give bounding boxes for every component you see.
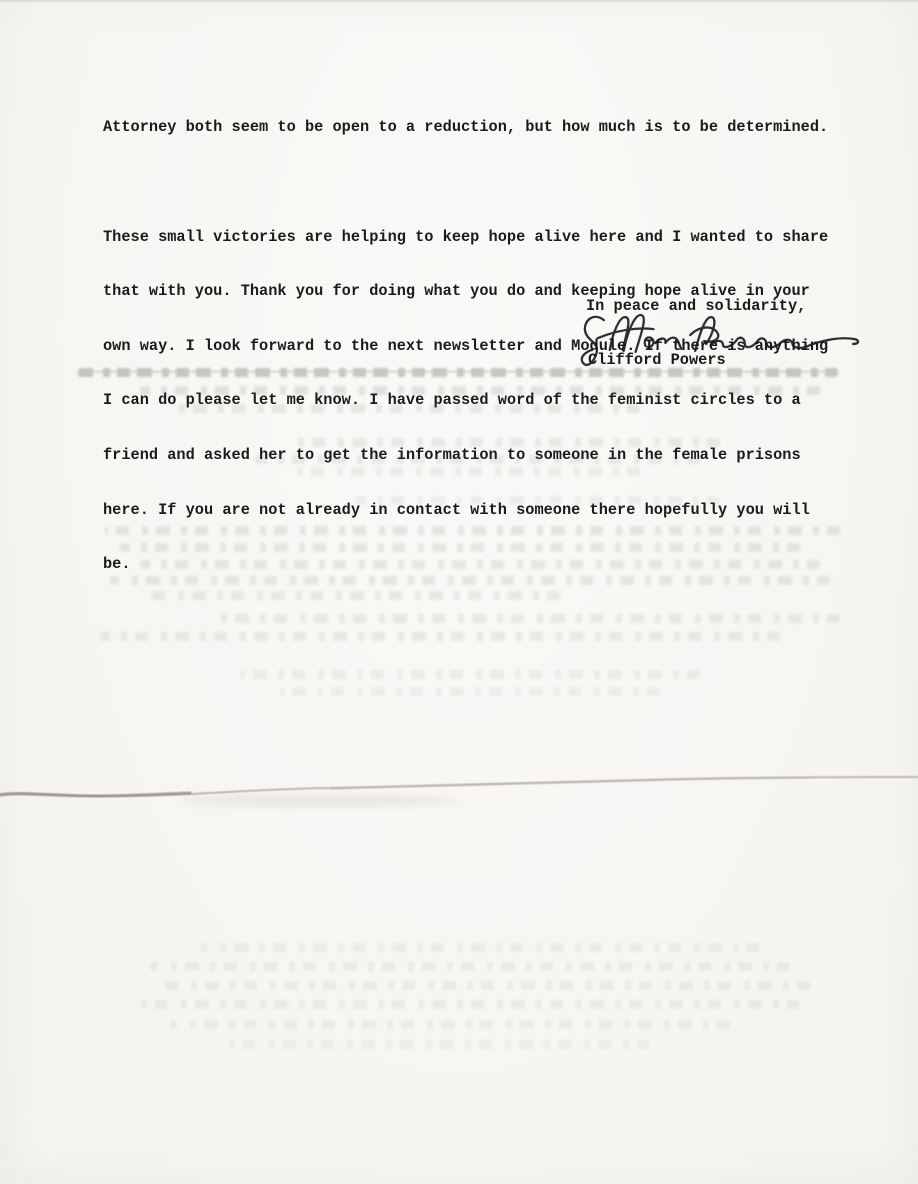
bleedthrough-line [120, 543, 800, 552]
paragraph-gap [103, 173, 843, 191]
bleedthrough-line [140, 1000, 800, 1009]
bleedthrough-line [170, 1020, 730, 1029]
bleedthrough-line [230, 1040, 650, 1049]
paper-crease [0, 758, 918, 818]
bleedthrough-line [280, 687, 660, 696]
letter-line: These small victories are helping to kee… [103, 228, 843, 246]
bleedthrough-line [105, 526, 840, 535]
bleedthrough-line [100, 632, 780, 641]
bleedthrough-line [355, 496, 720, 505]
bleedthrough-line [295, 467, 640, 476]
scanned-letter-page: Attorney both seem to be open to a reduc… [0, 0, 918, 1184]
bleedthrough-line [210, 614, 840, 623]
bleedthrough-line [200, 943, 760, 952]
bleedthrough-line [150, 962, 790, 971]
bleedthrough-line [150, 591, 560, 600]
typed-signature-name: Clifford Powers [588, 351, 726, 369]
bleedthrough-line [140, 386, 820, 395]
bleedthrough-line [110, 576, 830, 585]
scan-top-edge [0, 0, 918, 3]
bleedthrough-line [78, 368, 838, 377]
bleedthrough-line [140, 560, 820, 569]
bleedthrough-line [240, 670, 700, 679]
letter-line: Attorney both seem to be open to a reduc… [103, 118, 843, 136]
bleedthrough-line [170, 404, 640, 413]
bleedthrough-line [160, 981, 810, 990]
bleedthrough-line [290, 438, 720, 447]
bleedthrough-line [255, 455, 700, 464]
